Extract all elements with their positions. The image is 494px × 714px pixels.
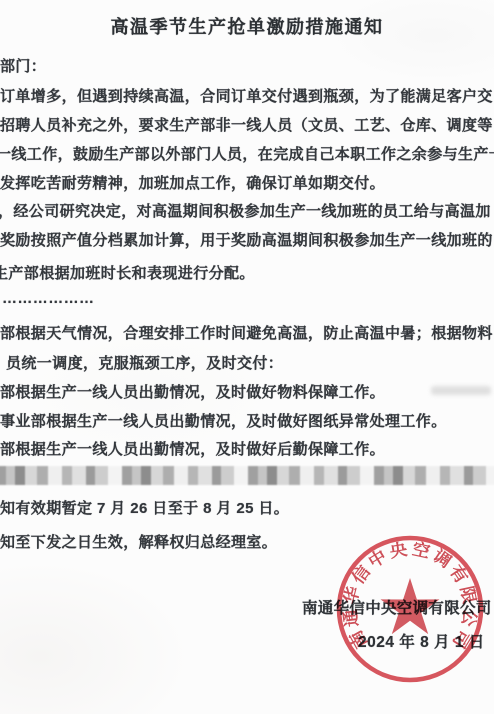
document-title: 高温季节生产抢单激励措施通知 — [111, 13, 384, 39]
text-line: 发挥吃苦耐劳精神，加班加点工作，确保订单如期交付。 — [0, 172, 385, 193]
text-line: 一线工作，鼓励生产部以外部门人员，在完成自己本职工作之余参与生产一 — [0, 143, 494, 164]
text-line: ，经公司研究决定，对高温期间积极参加生产一线加班的员工给与高温加 — [0, 200, 491, 221]
text-line-effective: 知至下发之日生效，解释权归总经理室。 — [0, 531, 277, 552]
scanned-notice-document: 高温季节生产抢单激励措施通知 部门： 订单增多，但遇到持续高温，合同订单交付遇到… — [0, 0, 494, 714]
scan-smudge — [431, 386, 491, 395]
text-line: 生产部根据加班时长和表现进行分配。 — [0, 262, 255, 283]
text-line-validity: 知有效期暂定 7 月 26 日至于 8 月 25 日。 — [0, 497, 289, 518]
text-line: 订单增多，但遇到持续高温，合同订单交付遇到瓶颈，为了能满足客户交 — [0, 85, 493, 106]
redacted-region — [0, 466, 494, 485]
text-line: 奖励按照产值分档累加计算，用于奖励高温期间积极参加生产一线加班的 — [0, 229, 493, 250]
signature-date: 2024 年 8 月 1 日 — [358, 630, 485, 652]
text-line: 招聘人员补充之外，要求生产部非一线人员（文员、工艺、仓库、调度等 — [0, 114, 493, 135]
signature-company-name: 南通华信中央空调有限公司 — [302, 596, 492, 618]
text-line: 部根据生产一线人员出勤情况，及时做好后勤保障工作。 — [0, 438, 385, 459]
text-line: 员统一调度，克服瓶颈工序，及时交付： — [6, 352, 283, 373]
text-line: 事业部根据生产一线人员出勤情况，及时做好图纸异常处理工作。 — [0, 410, 447, 431]
text-line-salutation: 部门： — [0, 55, 46, 76]
text-line-ellipsis: ……………… — [2, 290, 94, 307]
text-line: 部根据生产一线人员出勤情况，及时做好物料保障工作。 — [0, 381, 385, 402]
text-line: 部根据天气情况，合理安排工作时间避免高温，防止高温中暑；根据物料 — [0, 322, 493, 343]
